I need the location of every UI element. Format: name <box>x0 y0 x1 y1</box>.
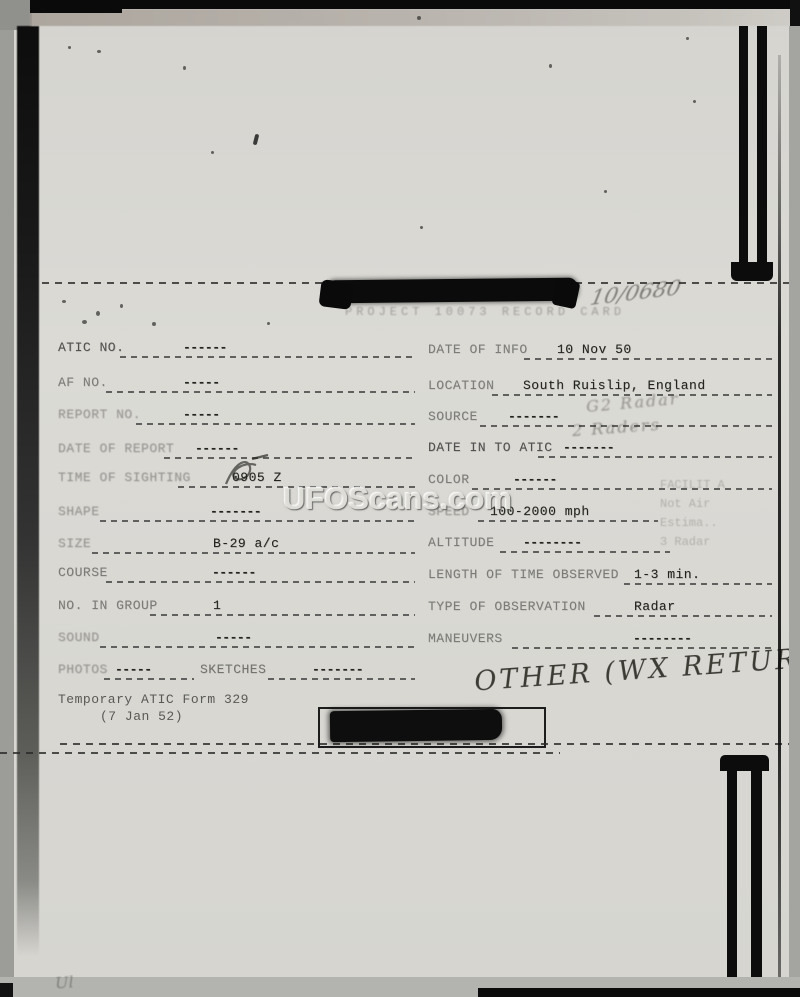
field-row-report-no: REPORT NO. ----- <box>58 407 415 424</box>
speck <box>267 322 270 325</box>
field-underline <box>136 423 415 425</box>
speck <box>686 37 689 40</box>
field-row-photos-sketches: PHOTOS ----- SKETCHES ------- <box>58 662 415 679</box>
form-revision: (7 Jan 52) <box>100 709 183 724</box>
field-label: NO. IN GROUP <box>58 598 158 613</box>
bleed-through-line: FACILIT A <box>660 476 725 495</box>
scan-left-edge <box>0 0 14 997</box>
speck <box>62 300 66 303</box>
speck <box>211 151 214 154</box>
field-value: ------- <box>563 440 614 455</box>
field-value: 1 <box>213 598 221 613</box>
bleed-through-line: Not Air <box>660 495 725 514</box>
handwritten-scribble <box>220 452 272 494</box>
handwritten-bottom-scrawl: Ul <box>54 972 74 992</box>
redaction-marker-blob <box>318 279 353 310</box>
field-row-atic-no: ATIC NO. ------ <box>58 340 415 357</box>
field-label: TYPE OF OBSERVATION <box>428 599 586 614</box>
speck <box>82 320 87 324</box>
redaction-marker-top <box>326 278 578 304</box>
field-row-af-no: AF NO. ----- <box>58 375 415 392</box>
field-row-type-of-observation: TYPE OF OBSERVATION Radar <box>428 599 772 616</box>
field-value: 1-3 min. <box>634 567 700 582</box>
film-right-bar-lower-2 <box>751 768 762 997</box>
field-value: ------- <box>210 504 261 519</box>
field-value: ------ <box>513 472 557 487</box>
film-right-bar-upper-2 <box>757 26 767 266</box>
field-underline <box>100 646 415 648</box>
film-top-bar <box>118 0 800 9</box>
film-top-bar-left <box>30 0 122 13</box>
field-row-location: LOCATION South Ruislip, England <box>428 378 772 395</box>
field-value: ------ <box>183 340 227 355</box>
field-label: DATE OF INFO <box>428 342 528 357</box>
field-value: ----- <box>115 662 152 677</box>
field-value: B-29 a/c <box>213 536 279 551</box>
field-underline <box>92 552 415 554</box>
field-underline <box>164 457 415 459</box>
field-row-date-of-info: DATE OF INFO 10 Nov 50 <box>428 342 772 359</box>
field-value: ------- <box>508 409 559 424</box>
form-bottom-rule-2 <box>0 752 560 754</box>
speck <box>68 46 71 49</box>
field-underline <box>524 358 772 360</box>
handwritten-file-number: 10/0680 <box>588 276 683 310</box>
ink-mark <box>253 134 260 146</box>
field-underline <box>500 551 670 553</box>
speck <box>693 100 696 103</box>
bleed-through-line: 3 Radar <box>660 533 725 552</box>
film-bottom-left-square <box>0 983 13 997</box>
field-row-no-in-group: NO. IN GROUP 1 <box>58 598 415 615</box>
field-underline <box>624 583 772 585</box>
field-label-sketches: SKETCHES <box>200 662 266 677</box>
field-underline <box>106 581 415 583</box>
field-label: AF NO. <box>58 375 108 390</box>
scan-top-shadow-band <box>30 9 800 26</box>
scanned-record-card: PROJECT 10073 RECORD CARD 10/0680 ATIC N… <box>0 0 800 997</box>
field-label: LENGTH OF TIME OBSERVED <box>428 567 619 582</box>
field-value: ----- <box>183 375 220 390</box>
scan-right-edge <box>789 26 800 997</box>
field-value: -------- <box>633 631 691 646</box>
field-row-maneuvers: MANEUVERS -------- <box>428 631 772 648</box>
field-label: PHOTOS <box>58 662 108 677</box>
film-bottom-bar <box>478 988 800 997</box>
field-underline <box>104 678 194 680</box>
field-underline <box>472 488 772 490</box>
field-value: Radar <box>634 599 676 614</box>
field-label: SHAPE <box>58 504 100 519</box>
speck <box>420 226 423 229</box>
speck <box>120 304 123 308</box>
field-value: ----- <box>215 630 252 645</box>
field-label: LOCATION <box>428 378 494 393</box>
field-underline <box>120 356 415 358</box>
film-right-bar-lower-1 <box>727 768 737 997</box>
field-value: ----- <box>183 407 220 422</box>
field-underline <box>150 614 415 616</box>
page-right-border-line <box>778 55 781 995</box>
field-underline <box>100 520 415 522</box>
field-label: SIZE <box>58 536 91 551</box>
form-name: Temporary ATIC Form 329 <box>58 692 249 707</box>
form-faint-title: PROJECT 10073 RECORD CARD <box>345 305 625 319</box>
field-label: TIME OF SIGHTING <box>58 470 191 485</box>
speck <box>97 50 101 53</box>
speck <box>152 322 156 326</box>
speck <box>549 64 552 68</box>
field-underline <box>106 391 415 393</box>
field-underline <box>538 456 772 458</box>
field-row-date-in-to-atic: DATE IN TO ATIC ------- <box>428 440 772 457</box>
field-label: REPORT NO. <box>58 407 141 422</box>
field-row-size: SIZE B-29 a/c <box>58 536 415 553</box>
film-right-bar-upper-1 <box>739 26 748 266</box>
film-right-bar-upper-flare <box>731 262 773 281</box>
field-row-course: COURSE ------ <box>58 565 415 582</box>
field-label: SOUND <box>58 630 100 645</box>
field-underline <box>478 520 658 522</box>
field-label: MANEUVERS <box>428 631 503 646</box>
field-value-sketches: ------- <box>312 662 363 677</box>
field-underline <box>594 615 772 617</box>
field-value: ------ <box>212 565 256 580</box>
watermark: UFOScans.com <box>283 481 512 517</box>
speck <box>183 66 186 70</box>
form-bottom-rule-1 <box>60 743 796 745</box>
field-label: ALTITUDE <box>428 535 494 550</box>
speck <box>96 311 100 316</box>
bleed-through-line: Estima.. <box>660 514 725 533</box>
field-label: DATE OF REPORT <box>58 441 174 456</box>
speck <box>604 190 607 193</box>
bleed-through-text: FACILIT A Not Air Estima.. 3 Radar <box>660 476 725 552</box>
field-label: COURSE <box>58 565 108 580</box>
field-label: DATE IN TO ATIC <box>428 440 553 455</box>
field-label: SOURCE <box>428 409 478 424</box>
field-row-length-of-time-observed: LENGTH OF TIME OBSERVED 1-3 min. <box>428 567 772 584</box>
redaction-marker-bottom <box>330 709 502 742</box>
field-underline <box>268 678 415 680</box>
film-right-bar-lower-flare <box>720 755 769 771</box>
field-row-sound: SOUND ----- <box>58 630 415 647</box>
field-value: -------- <box>523 535 581 550</box>
field-label: ATIC NO. <box>58 340 124 355</box>
film-left-strip <box>17 26 39 956</box>
field-value: 10 Nov 50 <box>557 342 632 357</box>
speck <box>417 16 421 20</box>
